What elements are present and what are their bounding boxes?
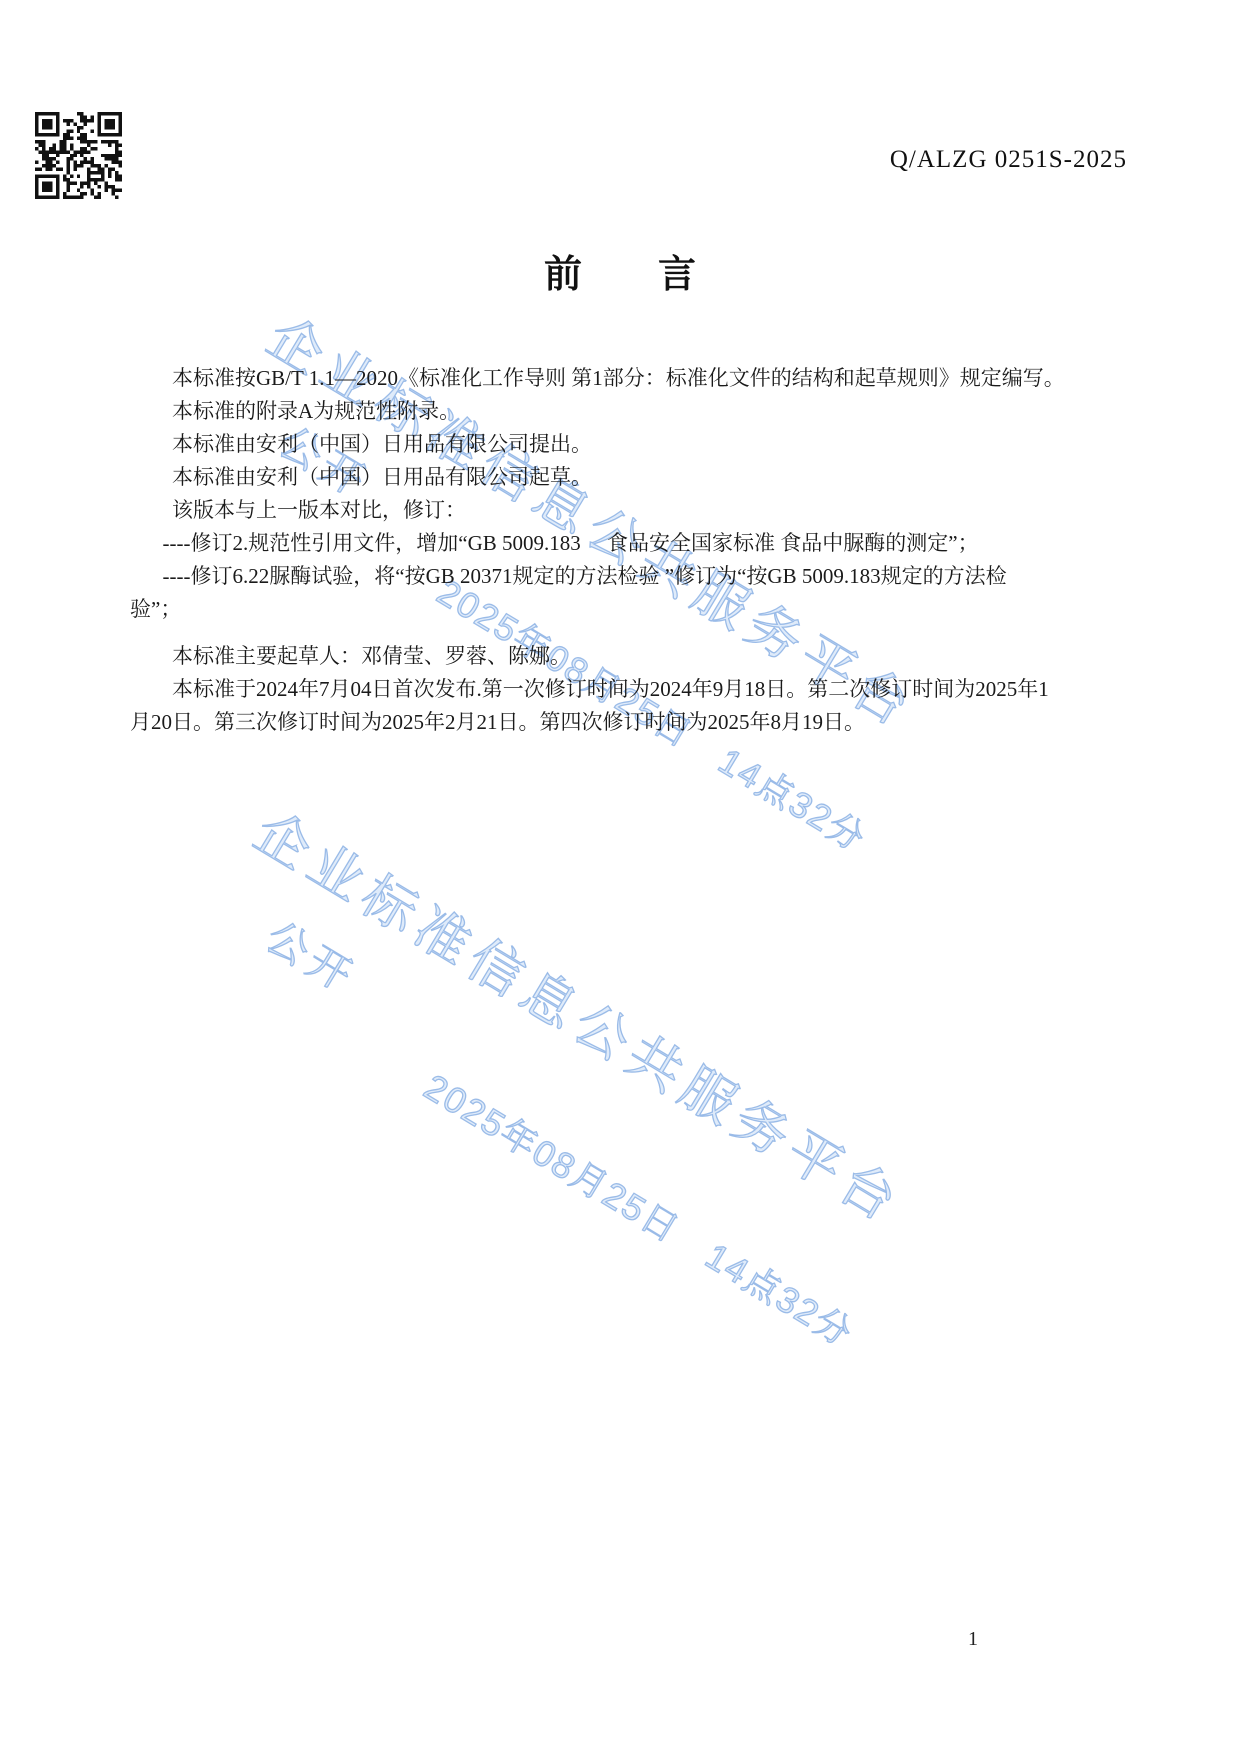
qr-code <box>35 112 122 199</box>
drafters-line: 本标准主要起草人：邓倩莹、罗蓉、陈娜。 <box>130 640 1030 673</box>
paragraph: 本标准由安利（中国）日用品有限公司起草。 <box>130 461 1030 494</box>
history-line: 本标准于2024年7月04日首次发布.第一次修订时间为2024年9月18日。第二… <box>130 673 1030 706</box>
history-line-wrap: 月20日。第三次修订时间为2025年2月21日。第四次修订时间为2025年8月1… <box>130 706 1030 739</box>
doc-number: Q/ALZG 0251S-2025 <box>890 146 1127 174</box>
watermark-datetime-text: 2025年08月25日 14点32分 <box>416 1060 864 1357</box>
revision-item-wrap: 验”； <box>130 593 1030 626</box>
paragraph: 本标准由安利（中国）日用品有限公司提出。 <box>130 428 1030 461</box>
revision-item: ----修订6.22脲酶试验，将“按GB 20371规定的方法检验 ”修订为“按… <box>130 560 1030 593</box>
page-number: 1 <box>968 1628 978 1651</box>
paragraph: 本标准按GB/T 1.1—2020《标准化工作导则 第1部分：标准化文件的结构和… <box>130 362 1030 395</box>
watermark-platform-text: 企业标准信息公共服务平台 <box>242 790 919 1239</box>
watermark-public-text: 公开 <box>256 905 369 1006</box>
paragraph: 本标准的附录A为规范性附录。 <box>130 395 1030 428</box>
revision-item: ----修订2.规范性引用文件，增加“GB 5009.183 食品安全国家标准 … <box>130 527 1030 560</box>
page-title: 前 言 <box>0 243 1240 298</box>
document-page: 企业标准信息公共服务平台 公开 2025年08月25日 14点32分 企业标准信… <box>0 0 1240 1753</box>
paragraph: 该版本与上一版本对比，修订： <box>130 494 1030 527</box>
watermark-unit-bottom: 企业标准信息公共服务平台 公开 2025年08月25日 14点32分 <box>282 790 283 791</box>
foreword-body: 本标准按GB/T 1.1—2020《标准化工作导则 第1部分：标准化文件的结构和… <box>130 362 1030 739</box>
